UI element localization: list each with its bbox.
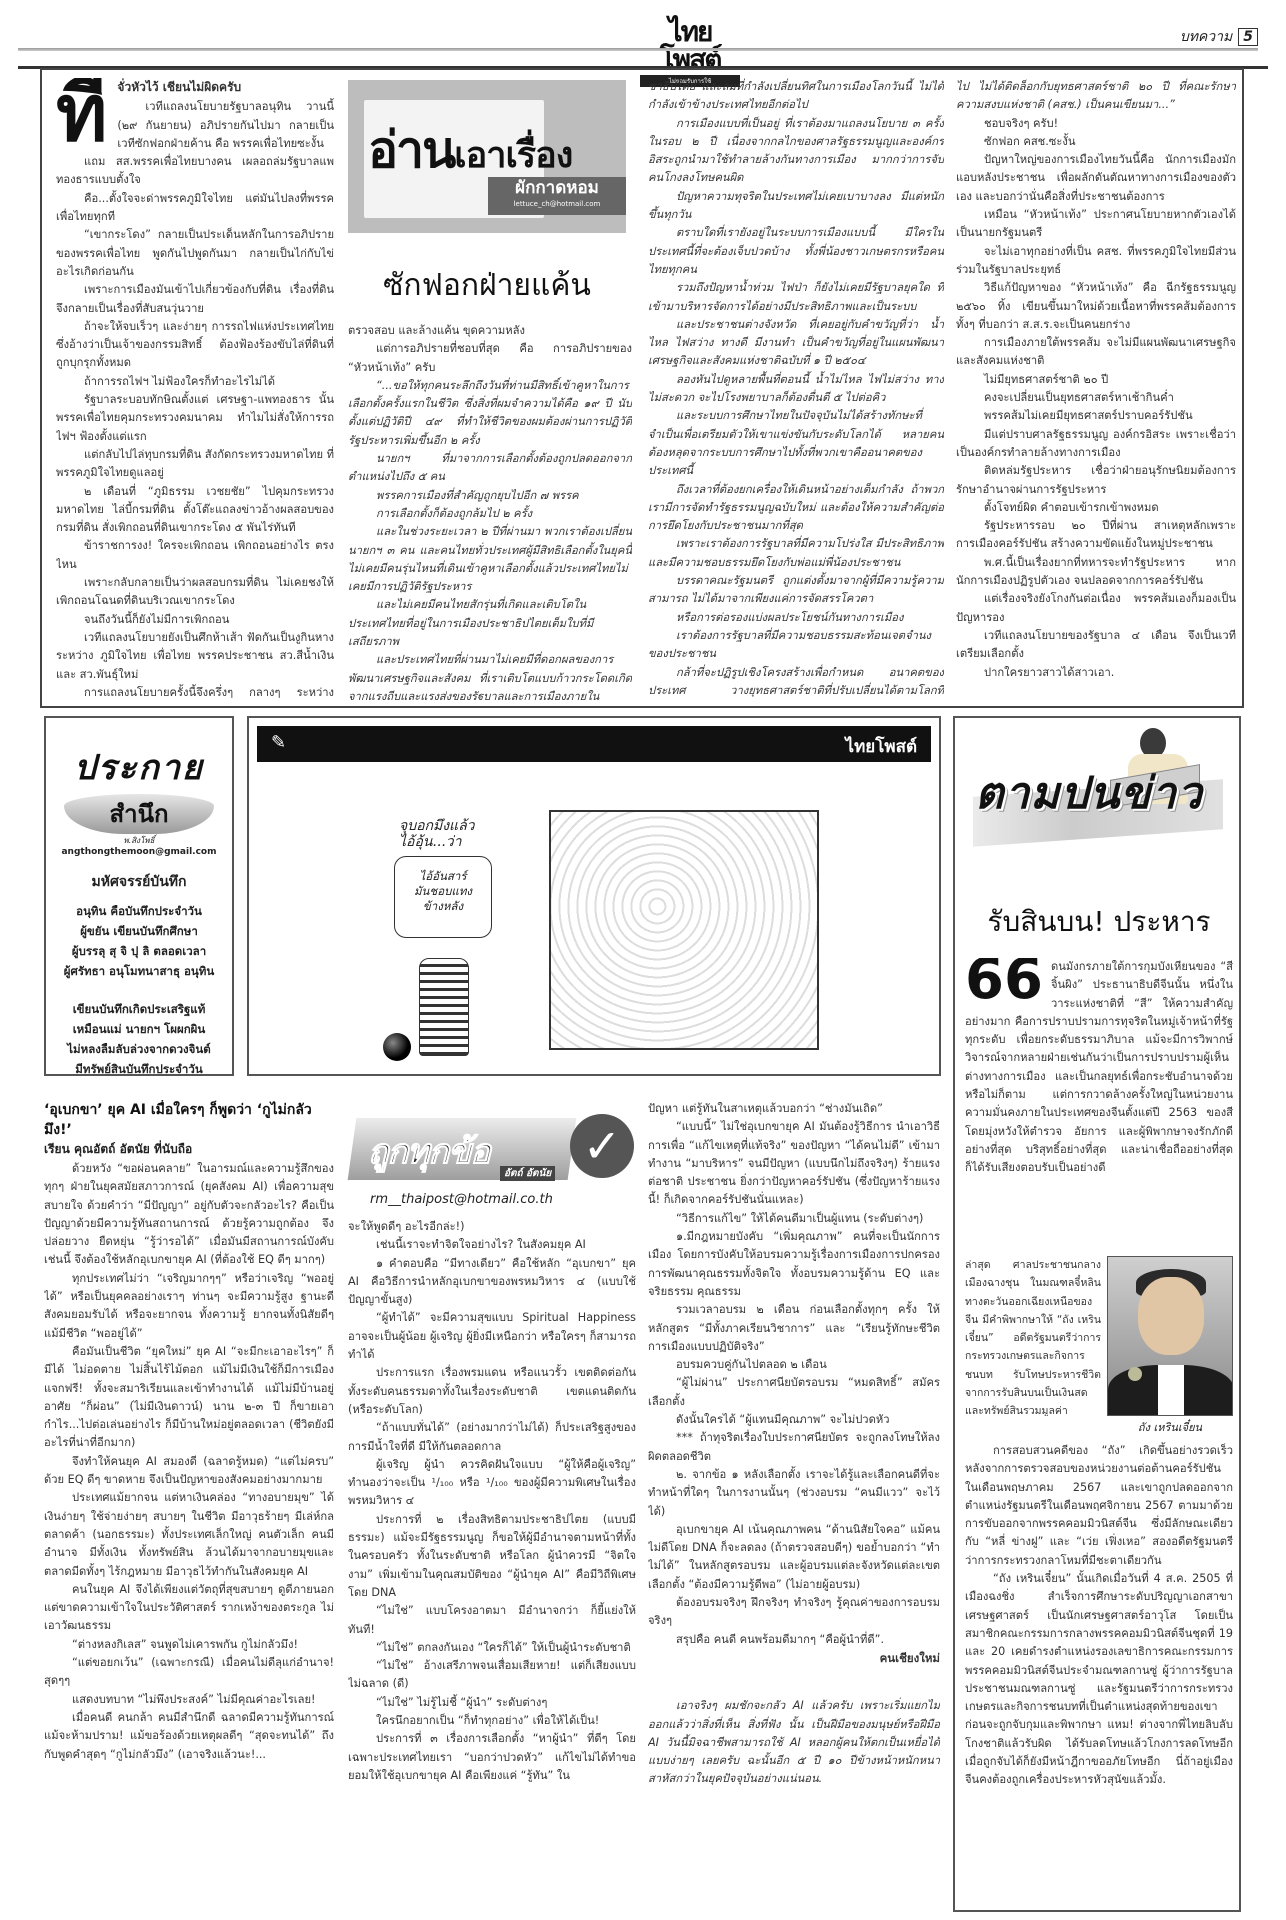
paragraph: ถึงเวลาที่ต้องยกเครื่องให้เดินหน้าอย่างเ… [648, 481, 944, 536]
paragraph: ปัญหาความทุจริตในประเทศไม่เคยเบาบางลง มี… [648, 188, 944, 225]
quote-mark-icon: 66 [965, 958, 1043, 1002]
paragraph: ๑.มีกฎหมายบังคับ “เพิ่มคุณภาพ” คนที่จะเป… [648, 1228, 940, 1301]
paragraph: “...ขอให้ทุกคนระลึกถึงวันที่ท่านมีสิทธิ์… [348, 377, 632, 450]
paragraph: ลองหันไปดูหลายพื้นที่ตอนนี้ น้ำไม่ไหล ไฟ… [648, 371, 944, 408]
paragraph: “ต่างหลงกิเลส” จนพูดไม่เคารพกัน กูไม่กลั… [44, 1636, 334, 1654]
editor-reply: เอาจริงๆ ผมชักจะกลัว AI แล้วครับ เพราะเร… [648, 1697, 940, 1788]
paragraph: “ถ้าแบบทั่นได้” (อย่างมากว่าไม่ได้) ก็ปร… [348, 1419, 636, 1456]
paragraph: จนถึงวันนี้ก็ยังไม่มีการเพิกถอน [56, 611, 334, 629]
paragraph: จึงทำให้คนยุค AI สมองดี (ฉลาดรู้หมด) “แต… [44, 1453, 334, 1490]
poem-line: ผู้ขยัน เขียนบันทึกศึกษา [46, 921, 232, 941]
poem-stanza-2: เขียนบันทึกเกิดประเสริฐแท้ เหมือนแม่ นาย… [46, 999, 232, 1079]
prisoner-figure [419, 958, 469, 1056]
paragraph: ชาธิปไตย และลมที่กำลังเปลี่ยนทิศในการเมื… [648, 78, 944, 115]
paragraph: และระบบการศึกษาไทยในปัจจุบันไม่ได้สร้างท… [648, 407, 944, 480]
paragraph: “เขากระโดง” กลายเป็นประเด็นหลักในการอภิป… [56, 226, 334, 281]
paragraph: ตรวจสอบ และล้างแค้น ขุดความหลัง [348, 322, 632, 340]
paragraph: การเลือกตั้งก็ต้องถูกล้มไป ๒ ครั้ง [348, 505, 632, 523]
paragraph: คงจะเปลี่ยนเป็นยุทธศาสตร์หาเช้ากินค่ำ [956, 389, 1236, 407]
tanpon-body-bottom: การสอบสวนคดีของ “ถัง” เกิดขึ้นอย่างรวดเร… [965, 1442, 1233, 1904]
bubble-line: มันชอบแทง [395, 884, 491, 899]
paragraph: ถ้าการรถไฟฯ ไม่ฟ้องใครก็ทำอะไรไม่ได้ [56, 373, 334, 391]
paragraph: คนในยุค AI จึงได้เพียงแต่วัตถุที่สุขสบาย… [44, 1581, 334, 1636]
tanpon-body-left-of-photo: ล่าสุด ศาลประชาชนกลางเมืองฉางชุน ในมณฑลจ… [965, 1256, 1101, 1416]
paragraph: อุเบกขายุค AI เน้นคุณภาพคน “ด้านนิสัยใจค… [648, 1521, 940, 1594]
column-banner-arn-ao-rueang: อ่านเอาเรื่อง ผักกาดหอม lettuce_ch@hotma… [348, 80, 626, 233]
paragraph: นายกฯ ที่มาจากการเลือกตั้งต้องถูกปลดออกจ… [348, 450, 632, 487]
banner2-email[interactable]: rm__thaipost@hotmail.co.th [370, 1192, 553, 1207]
tanpon-body-top: 66 ดนมังกรภายใต้การกุมบังเหียนของ “สี จิ… [965, 958, 1233, 1254]
paragraph: “ไม่ใช่” อ้างเสรีภาพจนเสื่อมเสียหาย! แต่… [348, 1657, 636, 1694]
paragraph: และในช่วงระยะเวลา ๒ ปีที่ผ่านมา พวกเราต้… [348, 523, 632, 596]
tanpon-headline: รับสินบน! ประหาร [963, 900, 1235, 944]
letter-column-3: ปัญหา แต่รู้ทันในสาเหตุแล้วบอกว่า “ช่างม… [648, 1100, 940, 1912]
paragraph: ซักฟอก คสช.ซะงั้น [956, 133, 1236, 151]
caption-line: จุบอกมึงแล้ว [399, 818, 475, 834]
poem-line: เหมือนแม่ นายกฯ โผผกผิน [46, 1019, 232, 1039]
paragraph: พรรคการเมืองที่สำคัญถูกยุบไปอีก ๗ พรรค [348, 487, 632, 505]
columnist-tag: ผักกาดหอม lettuce_ch@hotmail.com [488, 177, 626, 215]
photo-shirt [1158, 1365, 1184, 1416]
poem-stanza-1: อนุทิน คือบันทึกประจำวัน ผู้ขยัน เขียนบั… [46, 901, 232, 981]
cartoon-header-bar: ✎ ไทยโพสต์ [257, 726, 931, 762]
paragraph: ตั้งโจทย์ผิด คำตอบเข้ารกเข้าพงหมด [956, 499, 1236, 517]
prakai-title-script: ประกาย [46, 740, 232, 794]
poem-title: มหัศจรรย์บันทึก [46, 871, 232, 893]
microphone-icon [1128, 1367, 1142, 1381]
tanpon-masthead: ตามปนข่าว [975, 758, 1203, 828]
paragraph: ปัญหา แต่รู้ทันในสาเหตุแล้วบอกว่า “ช่างม… [648, 1100, 940, 1118]
tanpon-khao-box: ตามปนข่าว รับสินบน! ประหาร 66 ดนมังกรภาย… [953, 716, 1241, 1912]
paragraph: จะให้พูดดีๆ อะไรอีกล่ะ!) [348, 1218, 636, 1236]
paragraph: เวทีแถลงนโยบายของรัฐบาล ๔ เดือน จึงเป็นเ… [956, 627, 1236, 664]
paragraph: “ผู้ทำได้” จะมีความสุขแบบ Spiritual Happ… [348, 1309, 636, 1364]
section-name: บทความ [1180, 26, 1232, 48]
article1-column-1: ที่ จั่วหัวไว้ เชียนไม่ผิดครับ เวทีแถลงน… [56, 78, 334, 698]
paragraph: และไม่เคยมีคนไทยสักรุ่นที่เกิดและเติบโตใ… [348, 596, 632, 651]
poem-line: ผู้ศรัทธา อนุโมทนาสาธุ อนุทิน [46, 961, 232, 981]
ball-and-chain [383, 1033, 411, 1061]
poem-line: ผู้บรรลุ สุ จิ ปุ ลิ ตลอดเวลา [46, 941, 232, 961]
paragraph: สรุปคือ คนดี คนพร้อมดีมากๆ “คือผู้นำที่ด… [648, 1631, 940, 1649]
poem-line: อนุทิน คือบันทึกประจำวัน [46, 901, 232, 921]
column-banner-thuk-thuk-kho: ถูกทุกข้อ อัตถ์ อัตนัย ✓ rm__thaipost@ho… [352, 1098, 638, 1190]
letter-column-2: จะให้พูดดีๆ อะไรอีกล่ะ!)เช่นนี้เราจะทำจิ… [348, 1218, 636, 1912]
paragraph: และประเทศไทยที่ผ่านมาไม่เคยมีที่ดอกผลของ… [348, 651, 632, 700]
paragraph: ติดหล่มรัฐประหาร เชื่อว่าฝ่ายอนุรักษนิยม… [956, 462, 1236, 499]
pen-name: พ.สิงโพธิ์ [46, 834, 232, 847]
paragraph: ด้วยหวัง “ขอผ่อนคลาย” ในอารมณ์และความรู้… [44, 1160, 334, 1270]
banner-title: อ่านเอาเรื่อง [368, 122, 572, 184]
paragraph: รวมถึงปัญหาน้ำท่วม ไฟป่า ก็ยังไม่เคยมีรั… [648, 279, 944, 316]
paragraph: ไม่มียุทธศาสตร์ชาติ ๒๐ ปี [956, 371, 1236, 389]
article1-col1-body: เวทีแถลงนโยบายรัฐบาลอนุทิน วานนี้ (๒๙ กั… [56, 98, 334, 698]
paragraph: “วิธีการแก้ไข” ให้ได้คนดีมาเป็นผู้แทน (ร… [648, 1210, 940, 1228]
paragraph: เพราะการเมืองมันเข้าไปเกี่ยวข้องกับที่ดิ… [56, 281, 334, 318]
paragraph: ประการที่ ๓ เรื่องการเลือกตั้ง “หาผู้นำ”… [348, 1730, 636, 1785]
paragraph: ๒. จากข้อ ๑ หลังเลือกตั้ง เราจะได้รู้และ… [648, 1466, 940, 1521]
paragraph: บรรดาคณะรัฐมนตรี ถูกแต่งตั้งมาจากผู้ที่ม… [648, 572, 944, 609]
cartoon-caption: จุบอกมึงแล้ว ไอ้อุ้น...ว่า [399, 818, 475, 850]
bird-mascot-icon: ✎ [271, 732, 286, 753]
paragraph: ดังนั้นใครได้ “ผู้แทนมีคุณภาพ” จะไม่ปวดห… [648, 1411, 940, 1429]
editorial-cartoon: ✎ ไทยโพสต์ จุบอกมึงแล้ว ไอ้อุ้น...ว่า ไอ… [247, 716, 941, 1076]
paragraph: เพราะเราต้องการรัฐบาลที่มีความโปร่งใส มี… [648, 535, 944, 572]
paragraph: ปากใครยาวสาวได้สาวเอา. [956, 664, 1236, 682]
dropcap: ที่ [56, 82, 107, 146]
paragraph: *** ถ้าทุจริตเรื่องใบประกาศนียบัตร จะถูก… [648, 1429, 940, 1466]
prakai-ribbon: สำนึก [64, 794, 214, 834]
paragraph: พ.ศ.นี้เป็นเรื่องยากที่ทหารจะทำรัฐประหาร… [956, 554, 1236, 591]
paragraph: ๒ เดือนที่ “ภูมิธรรม เวชยชัย” ไปคุมกระทร… [56, 483, 334, 538]
tanpon-paragraph: “ถัง เหรินเจี๋ยน” นั้นเกิดเมื่อวันที่ 4 … [965, 1570, 1233, 1790]
paragraph: การเมืองแบบที่เป็นอยู่ ที่เราต้องมาแถลงน… [648, 115, 944, 188]
paragraph: การเมืองภายใต้พรรคส้ม จะไม่มีแผนพัฒนาเศร… [956, 334, 1236, 371]
banner-title-big: อ่าน [368, 121, 454, 179]
paragraph: ใครนึกอยากเป็น “ก็ทำทุกอย่าง” เพื่อให้ได… [348, 1712, 636, 1730]
article1-headline: ซักฟอกฝ่ายแค้น [348, 262, 626, 309]
columnist-email[interactable]: lettuce_ch@hotmail.com [488, 199, 626, 209]
paragraph: และประชาชนต่างจังหวัด ที่เคยอยู่กับคำขวั… [648, 316, 944, 371]
monster-portrait-frame [549, 810, 819, 1050]
paragraph: แต่การอภิปรายที่ชอบที่สุด คือ การอภิปราย… [348, 340, 632, 377]
paragraph: การแถลงนโยบายครั้งนี้จึงครึ่งๆ กลางๆ ระห… [56, 684, 334, 698]
article1-column-3: ชาธิปไตย และลมที่กำลังเปลี่ยนทิศในการเมื… [648, 78, 944, 700]
photo-caption: ถัง เหรินเจี๋ยน [1107, 1418, 1233, 1436]
paragraph: ทุกประเทศไม่ว่า “เจริญมากๆๆ” หรือว่าเจริ… [44, 1270, 334, 1343]
prakai-samnuek-poem-box: ประกาย สำนึก พ.สิงโพธิ์ angthongthemoon@… [44, 716, 234, 1076]
banner2-author: อัตถ์ อัตนัย [500, 1166, 555, 1181]
paragraph: เมื่อคนดี คนกล้า คนมีสำนึกดี ฉลาดมีความร… [44, 1709, 334, 1764]
letter-signature: คนเชียงใหม่ [648, 1649, 940, 1667]
paragraph: เวทีแถลงนโยบายยังเป็นศึกห้าเส้า ฟัดกันเป… [56, 629, 334, 684]
speech-bubble: ไอ้อันสาร์ มันชอบแทง ข้างหลัง [394, 856, 492, 938]
letter-col3-body: ปัญหา แต่รู้ทันในสาเหตุแล้วบอกว่า “ช่างม… [648, 1100, 940, 1649]
page-number: 5 [1238, 28, 1258, 46]
paragraph: ๑ คำตอบคือ “มีทางเดียว” คือใช้หลัก “อุเบ… [348, 1255, 636, 1310]
paragraph: กล้าที่จะปฏิรูปเชิงโครงสร้างเพื่อกำหนด อ… [648, 664, 944, 701]
letter-salutation: เรียน คุณอัตถ์ อัตนัย ที่นับถือ [44, 1140, 334, 1158]
paragraph: “ไม่ใช่” ตกลงกันเอง “ใครก็ได้” ให้เป็นผู… [348, 1639, 636, 1657]
caption-line: ไอ้อุ้น...ว่า [399, 834, 475, 850]
section-label: บทความ 5 [1180, 26, 1258, 48]
portrait-photo [1107, 1256, 1233, 1416]
paragraph: ไป ไม่ได้ติดล็อกกับยุทธศาสตร์ชาติ ๒๐ ปี … [956, 78, 1236, 115]
letter-col1-body: ด้วยหวัง “ขอผ่อนคลาย” ในอารมณ์และความรู้… [44, 1160, 334, 1764]
paragraph: ต้องอบรมจริงๆ ฝึกจริงๆ ทำจริงๆ รู้คุณค่า… [648, 1594, 940, 1631]
letter-column-1: ‘อุเบกขา’ ยุค AI เมื่อใครๆ ก็พูดว่า ‘กูไ… [44, 1100, 334, 1912]
photo-face [1138, 1277, 1204, 1355]
paragraph: เราต้องการรัฐบาลที่มีความชอบธรรมสะท้อนเจ… [648, 627, 944, 664]
paragraph: เหมือน “หัวหน้าเท้ง” ประกาศนโยบายหากตัวเ… [956, 206, 1236, 243]
paragraph: ประเทศแม้ยากจน แต่หาเงินคล่อง “ทางอบายมุ… [44, 1489, 334, 1580]
paragraph: “ไม่ใช่” แบบโครงอาตมา มีอำนาจกว่า ก็ยี้แ… [348, 1602, 636, 1639]
paragraph: แสดงบทบาท “ไม่พึงประสงค์” ไม่มีคุณค่าอะไ… [44, 1691, 334, 1709]
paragraph: ประการที่ ๒ เรื่องสิทธิตามประชาธิปไตย (แ… [348, 1511, 636, 1602]
paragraph: คือ...ตั้งใจจะด่าพรรคภูมิใจไทย แต่มันไปล… [56, 190, 334, 227]
paragraph: ตราบใดที่เรายังอยู่ในระบบการเมืองแบบนี้ … [648, 224, 944, 279]
spacer [648, 1667, 940, 1697]
poem-line: ไม่หลงลืมลับล่วงจากดวงจินต์ [46, 1039, 232, 1059]
paragraph: ปัญหาใหญ่ของการเมืองไทยวันนี้คือ นักการเ… [956, 151, 1236, 206]
paragraph: แถม สส.พรรคเพื่อไทยบางคน เผลอถล่มรัฐบาลแ… [56, 153, 334, 190]
paragraph: “แต่ขอยกเว้น” (เฉพาะกรณี) เมื่อคนไม่ดีลุ… [44, 1654, 334, 1691]
paragraph: มีแต่ปราบศาลรัฐธรรมนูญ องค์กรอิสระ เพราะ… [956, 426, 1236, 463]
paragraph: ข้าราชการงง! ใครจะเพิกถอน เพิกถอนอย่างไร… [56, 537, 334, 574]
poet-email[interactable]: angthongthemoon@gmail.com [46, 847, 232, 857]
paragraph: ประการแรก เรื่องพรมแดน หรือแนวรั้ว เขตติ… [348, 1364, 636, 1419]
paragraph: จะไม่เอาทุกอย่างที่เป็น คสช. ที่พรรคภูมิ… [956, 243, 1236, 280]
paragraph: อบรมควบคู่กันไปตลอด ๒ เดือน [648, 1356, 940, 1374]
paragraph: เพราะกลับกลายเป็นว่าผลสอบกรมที่ดิน ไม่เค… [56, 574, 334, 611]
paragraph: แต่กลับไปไล่ทุบกรมที่ดิน สังกัดกระทรวงมห… [56, 446, 334, 483]
paragraph: รวมเวลาอบรม ๒ เดือน ก่อนเลือกตั้งทุกๆ คร… [648, 1301, 940, 1356]
paragraph: ชอบจริงๆ ครับ! [956, 115, 1236, 133]
letter-headline: ‘อุเบกขา’ ยุค AI เมื่อใครๆ ก็พูดว่า ‘กูไ… [44, 1100, 334, 1140]
poem-line: มีทรัพย์สินบันทึกประจำวัน [46, 1059, 232, 1079]
cartoon-brand: ไทยโพสต์ [846, 733, 917, 760]
banner2-title: ถูกทุกข้อ [368, 1124, 490, 1178]
paragraph: หรือการต่อรองแบ่งผลประโยชน์กันทางการเมือ… [648, 609, 944, 627]
article1-column-2: ตรวจสอบ และล้างแค้น ขุดความหลังแต่การอภิ… [348, 322, 632, 700]
tanpon-paragraph: การสอบสวนคดีของ “ถัง” เกิดขึ้นอย่างรวดเร… [965, 1442, 1233, 1570]
paragraph: ผู้เจริญ ผู้นำ ควรคิดฝันใจแบบ “ผู้ให้คือ… [348, 1456, 636, 1511]
paragraph: ถ้าจะให้จบเร็วๆ และง่ายๆ การรถไฟแห่งประเ… [56, 318, 334, 373]
paragraph: “ไม่ใช่” ไม่รู้ไม่ชี้ “ผู้นำ” ระดับต่างๆ [348, 1694, 636, 1712]
paragraph: คือมันเป็นชีวิต “ยุคใหม่” ยุค AI “จะมีกะ… [44, 1343, 334, 1453]
paragraph: พรรคส้มไม่เคยมียุทธศาสตร์ปราบคอร์รัปชัน [956, 407, 1236, 425]
paragraph: วิธีแก้ปัญหาของ “หัวหน้าเท้ง” คือ ฉีกรัฐ… [956, 279, 1236, 334]
columnist-name: ผักกาดหอม [488, 177, 626, 199]
checkmark-icon: ✓ [570, 1114, 634, 1178]
paragraph: เช่นนี้เราจะทำจิตใจอย่างไร? ในสังคมยุค A… [348, 1236, 636, 1254]
masthead-rule-thin [18, 48, 1258, 51]
bubble-line: ข้างหลัง [395, 899, 491, 914]
paragraph: แต่เรื่องจริงยังโกงกันต่อเนื่อง พรรคส้มเ… [956, 590, 1236, 627]
paragraph: “ผู้ไม่ผ่าน” ประกาศนียบัตรอบรม “หมดสิทธิ… [648, 1374, 940, 1411]
banner-title-small: เอาเรื่อง [454, 135, 572, 176]
bubble-line: ไอ้อันสาร์ [395, 869, 491, 884]
poem-line: เขียนบันทึกเกิดประเสริฐแท้ [46, 999, 232, 1019]
article1-column-4: ไป ไม่ได้ติดล็อกกับยุทธศาสตร์ชาติ ๒๐ ปี … [956, 78, 1236, 700]
paragraph: รัฐประหารรอบ ๒๐ ปีที่ผ่าน สาเหตุหลักเพรา… [956, 517, 1236, 554]
paragraph: “แบบนี้” ไม่ใช่อุเบกขายุค AI มันต้องรู้ว… [648, 1118, 940, 1209]
paragraph: รัฐบาลระบอบทักษิณตั้งแต่ เศรษฐา-แพทองธาร… [56, 391, 334, 446]
